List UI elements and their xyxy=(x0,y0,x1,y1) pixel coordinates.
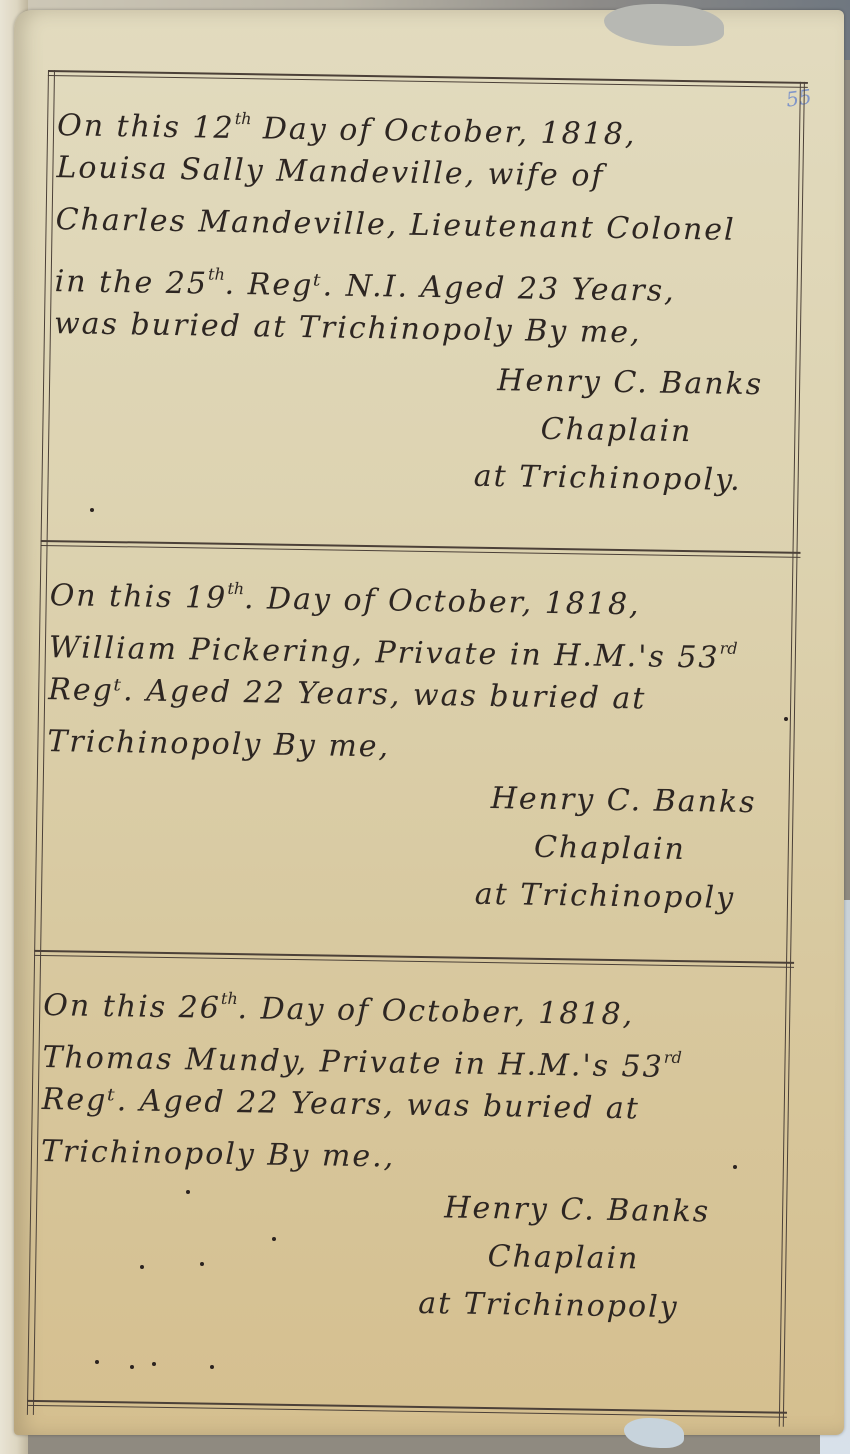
ink-speck xyxy=(733,1165,737,1169)
ink-speck xyxy=(272,1237,276,1241)
ink-speck xyxy=(95,1360,99,1364)
register-frame: On this 12th Day of October, 1818, Louis… xyxy=(27,70,808,1427)
ink-speck xyxy=(210,1365,214,1369)
signature-place: at Trichinopoly xyxy=(38,1274,769,1333)
ink-speck xyxy=(130,1365,134,1369)
ink-speck xyxy=(140,1265,144,1269)
burial-entry: On this 19th. Day of October, 1818, Will… xyxy=(45,560,780,923)
ink-speck xyxy=(186,1190,190,1194)
ink-speck xyxy=(784,717,788,721)
torn-corner-top xyxy=(604,4,724,46)
signature-place: at Trichinopoly. xyxy=(51,446,782,505)
ink-speck xyxy=(90,508,94,512)
entry-divider-2 xyxy=(34,950,794,964)
burial-entry: On this 26th. Day of October, 1818, Thom… xyxy=(38,970,773,1333)
ink-speck xyxy=(200,1262,204,1266)
entry-divider-1 xyxy=(41,540,801,554)
burial-entry: On this 12th Day of October, 1818, Louis… xyxy=(51,90,787,505)
signature-place: at Trichinopoly xyxy=(45,864,776,923)
ink-speck xyxy=(152,1362,156,1366)
frame-bottom-rule xyxy=(27,1400,787,1414)
